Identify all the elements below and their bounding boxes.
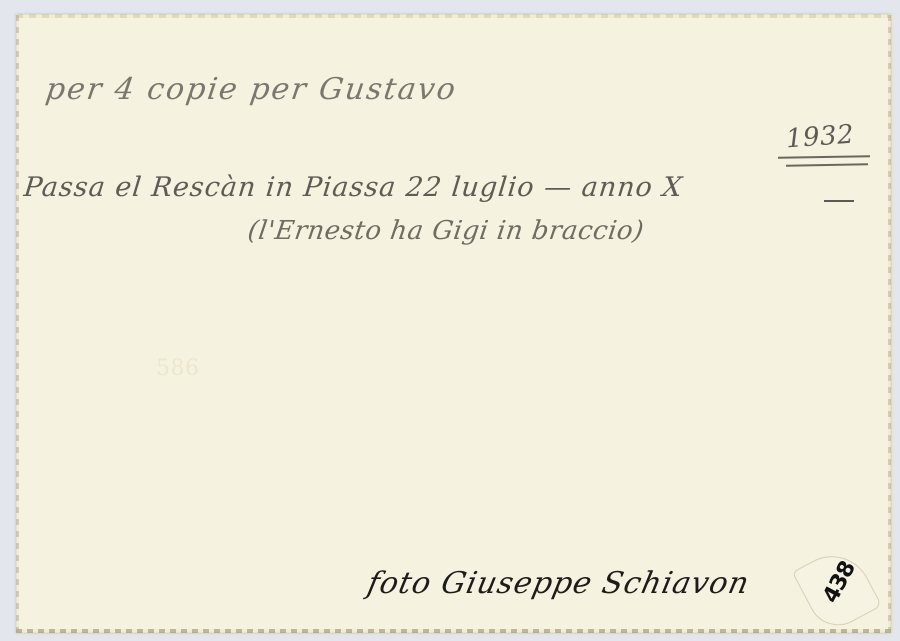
photo-card-back: per 4 copie per Gustavo Passa el Rescàn … bbox=[16, 14, 891, 633]
anno-strikethrough bbox=[824, 200, 854, 202]
deckled-edge-left bbox=[16, 14, 19, 633]
pencil-year: 1932 bbox=[785, 120, 855, 155]
pencil-caption-line: Passa el Rescàn in Piassa 22 luglio — an… bbox=[22, 172, 684, 203]
deckled-edge-bottom bbox=[16, 629, 891, 633]
photographer-signature: foto Giuseppe Schiavon bbox=[364, 566, 752, 601]
deckled-edge-right bbox=[888, 14, 891, 633]
year-underline bbox=[778, 155, 870, 159]
pencil-caption-parenthetical: (l'Ernesto ha Gigi in braccio) bbox=[246, 216, 646, 246]
faint-embossed-mark: 586 bbox=[156, 356, 200, 381]
deckled-edge-top bbox=[16, 14, 891, 18]
year-underline-second bbox=[786, 163, 868, 166]
pencil-note-copies: per 4 copie per Gustavo bbox=[44, 72, 460, 107]
